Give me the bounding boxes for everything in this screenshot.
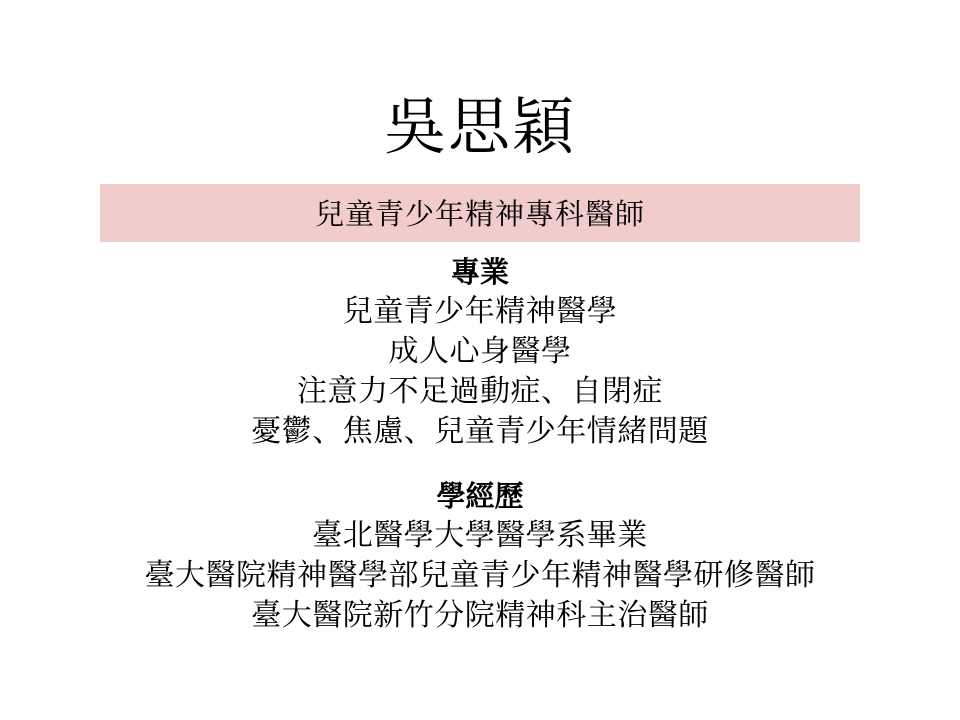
section-credentials: 學經歷 臺北醫學大學醫學系畢業 臺大醫院精神醫學部兒童青少年精神醫學研修醫師 臺… [0, 476, 960, 636]
presentation-slide: 吳思穎 兒童青少年精神專科醫師 專業 兒童青少年精神醫學 成人心身醫學 注意力不… [0, 0, 960, 720]
role-banner-text: 兒童青少年精神專科醫師 [315, 192, 645, 233]
role-banner: 兒童青少年精神專科醫師 [100, 184, 860, 242]
section-credentials-line: 臺大醫院精神醫學部兒童青少年精神醫學研修醫師 [0, 556, 960, 596]
section-credentials-heading: 學經歷 [0, 476, 960, 516]
section-specialty-line: 憂鬱、焦慮、兒童青少年情緒問題 [0, 412, 960, 452]
section-specialty-line: 兒童青少年精神醫學 [0, 292, 960, 332]
section-specialty: 專業 兒童青少年精神醫學 成人心身醫學 注意力不足過動症、自閉症 憂鬱、焦慮、兒… [0, 252, 960, 452]
section-credentials-line: 臺大醫院新竹分院精神科主治醫師 [0, 596, 960, 636]
section-specialty-line: 注意力不足過動症、自閉症 [0, 372, 960, 412]
slide-title: 吳思穎 [0, 88, 960, 166]
section-credentials-line: 臺北醫學大學醫學系畢業 [0, 516, 960, 556]
section-specialty-heading: 專業 [0, 252, 960, 292]
section-specialty-line: 成人心身醫學 [0, 332, 960, 372]
